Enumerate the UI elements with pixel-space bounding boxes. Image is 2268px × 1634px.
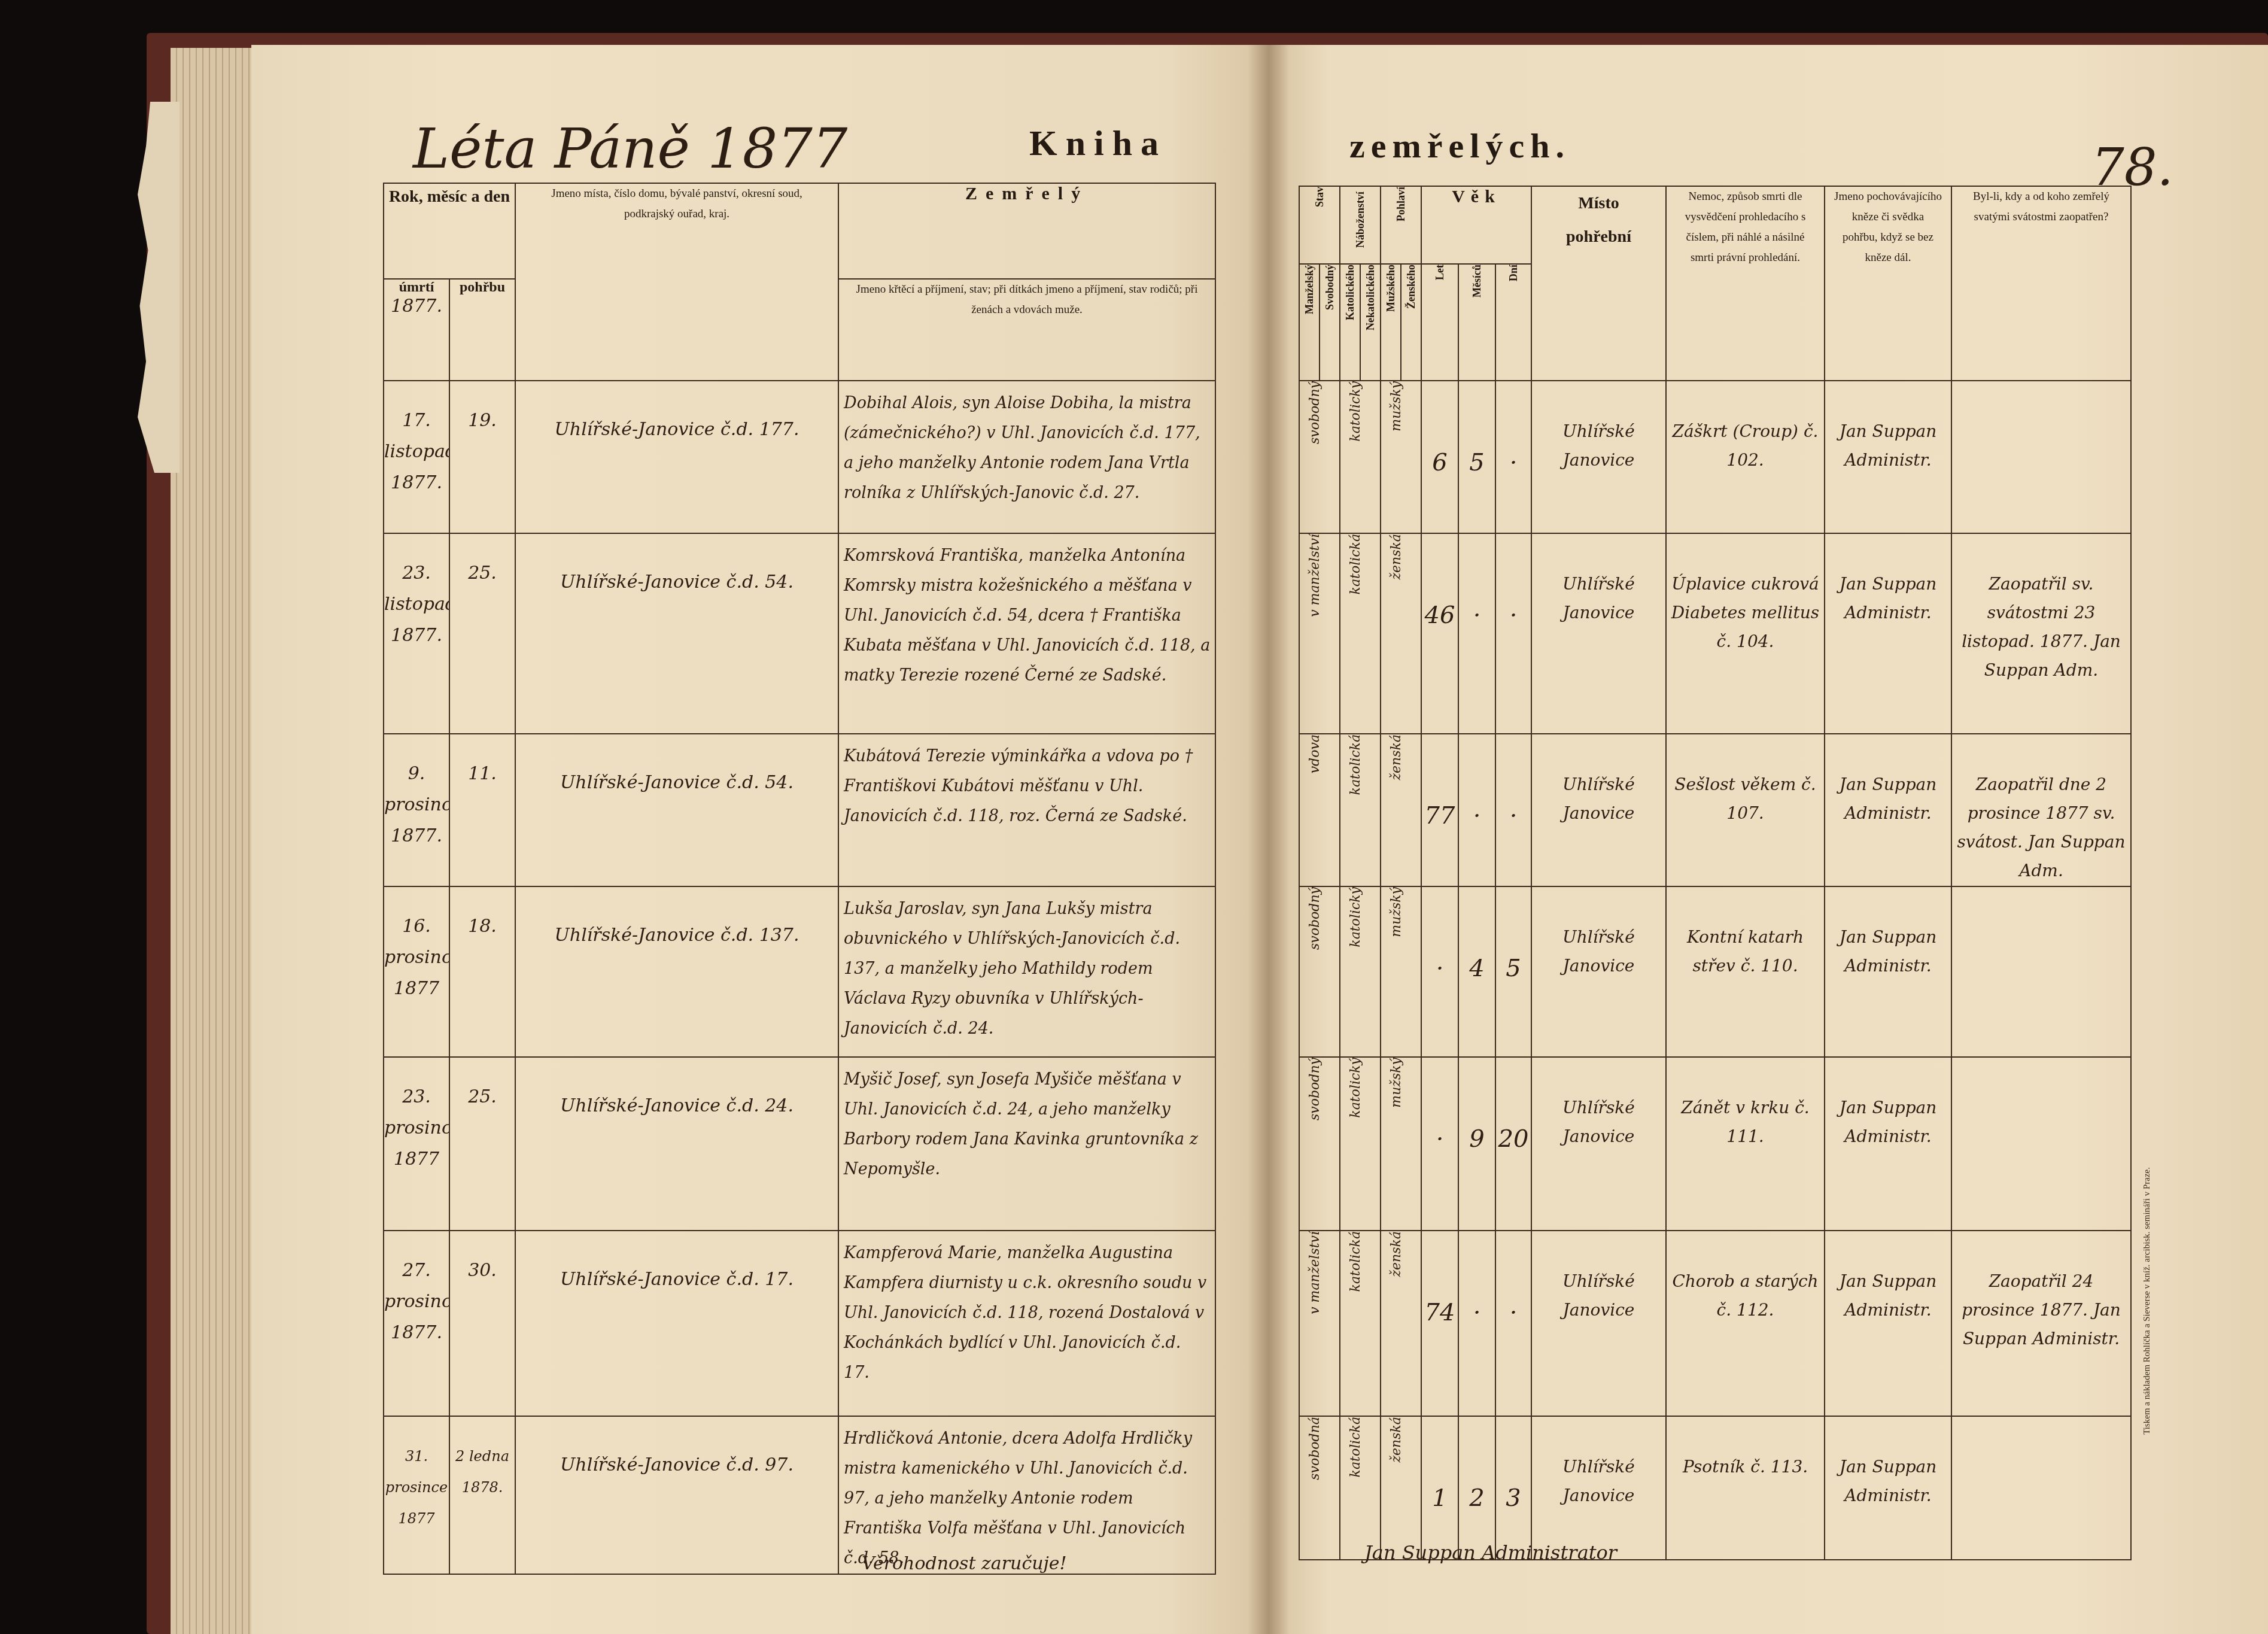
cause-of-death: Záškrt (Croup) č. 102.: [1666, 381, 1825, 533]
religion: katolická: [1340, 1231, 1372, 1316]
register-row: 23. listopadu 1877. 25. Uhlířské-Janovic…: [384, 533, 1215, 734]
administrator-signature: Jan Suppan Administrator: [1364, 1541, 1617, 1564]
burial-date: 18.: [449, 886, 515, 1057]
officiating-priest: Jan Suppan Administr.: [1825, 1231, 1951, 1416]
age-days: ·: [1495, 1231, 1531, 1416]
officiating-priest: Jan Suppan Administr.: [1825, 381, 1951, 533]
header-months-label: Měsíců: [1471, 265, 1483, 297]
deceased-description: Lukša Jaroslav, syn Jana Lukšy mistra ob…: [838, 886, 1215, 1057]
sacraments-note: [1951, 381, 2131, 533]
burial-date: 11.: [449, 734, 515, 886]
death-date: 23. listopadu 1877.: [384, 533, 449, 734]
age-years: 77: [1421, 734, 1458, 886]
officiating-priest: Jan Suppan Administr.: [1825, 734, 1951, 886]
header-female-label: Ženského: [1405, 265, 1418, 309]
header-noncatholic: Nekatolického: [1360, 264, 1381, 381]
age-years: 6: [1421, 381, 1458, 533]
sacraments-note: [1951, 1057, 2131, 1231]
religion: katolická: [1340, 534, 1372, 618]
register-row: 27. prosince 1877. 30. Uhlířské-Janovice…: [384, 1231, 1215, 1416]
deceased-description: Kubátová Terezie výminkářka a vdova po †…: [838, 734, 1215, 886]
book-gutter: [1248, 45, 1290, 1634]
header-noncatholic-label: Nekatolického: [1364, 265, 1377, 330]
page-edges: [171, 48, 254, 1634]
torn-page-fragments: [138, 102, 180, 473]
right-register-table: Stav Náboženství Pohlaví Věk Místo pohře…: [1299, 186, 2132, 1560]
sacraments-note: [1951, 1416, 2131, 1560]
age-months: 4: [1458, 886, 1495, 1057]
deceased-description: Dobihal Alois, syn Aloise Dobiha, la mis…: [838, 381, 1215, 533]
register-row: 23. prosince 1877 25. Uhlířské-Janovice …: [384, 1057, 1215, 1231]
cause-of-death: Psotník č. 113.: [1666, 1416, 1825, 1560]
handwritten-year-title: Léta Páně 1877: [413, 117, 847, 181]
register-row: v manželství katolická ženská 74 · · Uhl…: [1299, 1231, 2131, 1416]
header-stav-label: Stav: [1314, 187, 1326, 207]
header-sex-label: Pohlaví: [1395, 187, 1407, 221]
verification-note: Věrohodnost zaručuje!: [862, 1553, 1067, 1574]
age-days: 5: [1495, 886, 1531, 1057]
deceased-description: Myšič Josef, syn Josefa Myšiče měšťana v…: [838, 1057, 1215, 1231]
header-months: Měsíců: [1458, 264, 1495, 381]
register-row: 17. listopadu 1877. 19. Uhlířské-Janovic…: [384, 381, 1215, 533]
sex: mužský: [1381, 887, 1412, 961]
age-days: ·: [1495, 381, 1531, 533]
header-days: Dní: [1495, 264, 1531, 381]
cause-of-death: Zánět v krku č. 111.: [1666, 1057, 1825, 1231]
death-date: 16. prosince 1877: [384, 886, 449, 1057]
cause-of-death: Úplavice cukrová Diabetes mellitus č. 10…: [1666, 533, 1825, 734]
register-row: 9. prosince 1877. 11. Uhlířské-Janovice …: [384, 734, 1215, 886]
register-row: svobodný katolický mužský 6 5 · Uhlířské…: [1299, 381, 2131, 533]
header-catholic: Katolického: [1340, 264, 1360, 381]
age-years: 1: [1421, 1416, 1458, 1560]
religion: katolický: [1340, 887, 1372, 971]
header-married: Manželský: [1299, 264, 1320, 381]
burial-date: 25.: [449, 1057, 515, 1231]
death-date: 9. prosince 1877.: [384, 734, 449, 886]
header-catholic-label: Katolického: [1344, 265, 1357, 320]
cause-of-death: Kontní katarh střev č. 110.: [1666, 886, 1825, 1057]
sacraments-note: Zaopatřil sv. svátostmi 23 listopad. 187…: [1951, 533, 2131, 734]
header-years: Let: [1421, 264, 1458, 381]
left-register-table: Rok, měsíc a den Jmeno místa, číslo domu…: [383, 183, 1216, 1575]
place-of-residence: Uhlířské-Janovice č.d. 54.: [515, 734, 838, 886]
register-row: 31. prosince 1877 2 ledna 1878. Uhlířské…: [384, 1416, 1215, 1574]
header-burial: pohřbu: [449, 279, 515, 381]
burial-date: 25.: [449, 533, 515, 734]
header-cause: Nemoc, způsob smrti dle vysvědčení prohl…: [1666, 186, 1825, 381]
sacraments-note: Zaopatřil 24 prosince 1877. Jan Suppan A…: [1951, 1231, 2131, 1416]
age-days: ·: [1495, 533, 1531, 734]
register-row: 16. prosince 1877 18. Uhlířské-Janovice …: [384, 886, 1215, 1057]
age-days: ·: [1495, 734, 1531, 886]
register-row: vdova katolická ženská 77 · · Uhlířské J…: [1299, 734, 2131, 886]
age-years: ·: [1421, 1057, 1458, 1231]
header-deceased-desc: Jmeno křtěcí a příjmení, stav; při dítká…: [838, 279, 1215, 381]
printed-title-left: Kniha: [1029, 123, 1167, 164]
deceased-description: Komrsková Františka, manželka Antonína K…: [838, 533, 1215, 734]
death-date: 17. listopadu 1877.: [384, 381, 449, 533]
marital-status: v manželství: [1300, 534, 1331, 641]
cause-of-death: Chorob a starých č. 112.: [1666, 1231, 1825, 1416]
officiating-priest: Jan Suppan Administr.: [1825, 533, 1951, 734]
marital-status: vdova: [1300, 734, 1331, 797]
place-of-residence: Uhlířské-Janovice č.d. 17.: [515, 1231, 838, 1416]
burial-place: Uhlířské Janovice: [1531, 1416, 1666, 1560]
header-year-written: 1877.: [391, 296, 442, 317]
header-male-label: Mužského: [1385, 265, 1397, 312]
burial-date: 19.: [449, 381, 515, 533]
header-stav: Stav: [1299, 186, 1340, 264]
register-row: svobodná katolická ženská 1 2 3 Uhlířské…: [1299, 1416, 2131, 1560]
header-religion: Náboženství: [1340, 186, 1381, 264]
age-days: 3: [1495, 1416, 1531, 1560]
header-burial-place: Místo pohřební: [1531, 186, 1666, 381]
header-married-label: Manželský: [1303, 265, 1316, 314]
burial-place: Uhlířské Janovice: [1531, 533, 1666, 734]
age-months: 5: [1458, 381, 1495, 533]
burial-date: 30.: [449, 1231, 515, 1416]
header-place: Jmeno místa, číslo domu, bývalé panství,…: [515, 183, 838, 381]
deceased-description: Kampferová Marie, manželka Augustina Kam…: [838, 1231, 1215, 1416]
register-row: svobodný katolický mužský · 4 5 Uhlířské…: [1299, 886, 2131, 1057]
sex: ženská: [1381, 1231, 1412, 1301]
age-years: ·: [1421, 886, 1458, 1057]
sacraments-note: Zaopatřil dne 2 prosince 1877 sv. svátos…: [1951, 734, 2131, 886]
header-single-label: Svobodný: [1324, 265, 1336, 310]
header-age: Věk: [1421, 186, 1531, 264]
place-of-residence: Uhlířské-Janovice č.d. 24.: [515, 1057, 838, 1231]
sacraments-note: [1951, 886, 2131, 1057]
header-death-label: úmrtí: [399, 280, 434, 295]
marital-status: svobodný: [1300, 887, 1331, 974]
header-single: Svobodný: [1320, 264, 1340, 381]
age-months: 2: [1458, 1416, 1495, 1560]
religion: katolická: [1340, 734, 1372, 819]
burial-date: 2 ledna 1878.: [449, 1416, 515, 1574]
officiating-priest: Jan Suppan Administr.: [1825, 1057, 1951, 1231]
register-row: svobodný katolický mužský · 9 20 Uhlířsk…: [1299, 1057, 2131, 1231]
age-months: 9: [1458, 1057, 1495, 1231]
header-sacraments: Byl-li, kdy a od koho zemřelý svatými sv…: [1951, 186, 2131, 381]
religion: katolický: [1340, 381, 1372, 466]
sex: mužský: [1381, 381, 1412, 455]
header-years-label: Let: [1434, 265, 1446, 280]
age-months: ·: [1458, 734, 1495, 886]
deceased-description: Hrdličková Antonie, dcera Adolfa Hrdličk…: [838, 1416, 1215, 1574]
age-years: 46: [1421, 533, 1458, 734]
cause-of-death: Sešlost věkem č. 107.: [1666, 734, 1825, 886]
header-sex: Pohlaví: [1381, 186, 1421, 264]
printer-imprint: Tiskem a nákladem Rohlíčka a Sieverse v …: [2142, 1167, 2153, 1435]
register-row: v manželství katolická ženská 46 · · Uhl…: [1299, 533, 2131, 734]
header-days-label: Dní: [1507, 265, 1520, 281]
marital-status: svobodná: [1300, 1417, 1331, 1504]
header-religion-label: Náboženství: [1354, 187, 1367, 253]
death-date: 23. prosince 1877: [384, 1057, 449, 1231]
place-of-residence: Uhlířské-Janovice č.d. 177.: [515, 381, 838, 533]
header-male: Mužského: [1381, 264, 1401, 381]
header-date-group: Rok, měsíc a den: [384, 183, 515, 279]
burial-place: Uhlířské Janovice: [1531, 734, 1666, 886]
place-of-residence: Uhlířské-Janovice č.d. 97.: [515, 1416, 838, 1574]
place-of-residence: Uhlířské-Janovice č.d. 137.: [515, 886, 838, 1057]
header-deceased-title: Zemřelý: [838, 183, 1215, 279]
religion: katolický: [1340, 1058, 1372, 1142]
death-date: 31. prosince 1877: [384, 1416, 449, 1574]
marital-status: v manželství: [1300, 1231, 1331, 1338]
age-months: ·: [1458, 1231, 1495, 1416]
religion: katolická: [1340, 1417, 1372, 1501]
marital-status: svobodný: [1300, 1058, 1331, 1144]
header-female: Ženského: [1401, 264, 1421, 381]
place-of-residence: Uhlířské-Janovice č.d. 54.: [515, 533, 838, 734]
age-months: ·: [1458, 533, 1495, 734]
sex: mužský: [1381, 1058, 1412, 1132]
sex: ženská: [1381, 1417, 1412, 1487]
burial-place: Uhlířské Janovice: [1531, 886, 1666, 1057]
sex: ženská: [1381, 534, 1412, 604]
burial-place: Uhlířské Janovice: [1531, 1057, 1666, 1231]
officiating-priest: Jan Suppan Administr.: [1825, 1416, 1951, 1560]
age-years: 74: [1421, 1231, 1458, 1416]
sex: ženská: [1381, 734, 1412, 804]
marital-status: svobodný: [1300, 381, 1331, 468]
age-days: 20: [1495, 1057, 1531, 1231]
officiating-priest: Jan Suppan Administr.: [1825, 886, 1951, 1057]
burial-place: Uhlířské Janovice: [1531, 1231, 1666, 1416]
header-death: úmrtí1877.: [384, 279, 449, 381]
printed-title-right: zemřelých.: [1349, 126, 1570, 166]
death-date: 27. prosince 1877.: [384, 1231, 449, 1416]
header-priest: Jmeno pochovávajícího kněze či svědka po…: [1825, 186, 1951, 381]
burial-place: Uhlířské Janovice: [1531, 381, 1666, 533]
